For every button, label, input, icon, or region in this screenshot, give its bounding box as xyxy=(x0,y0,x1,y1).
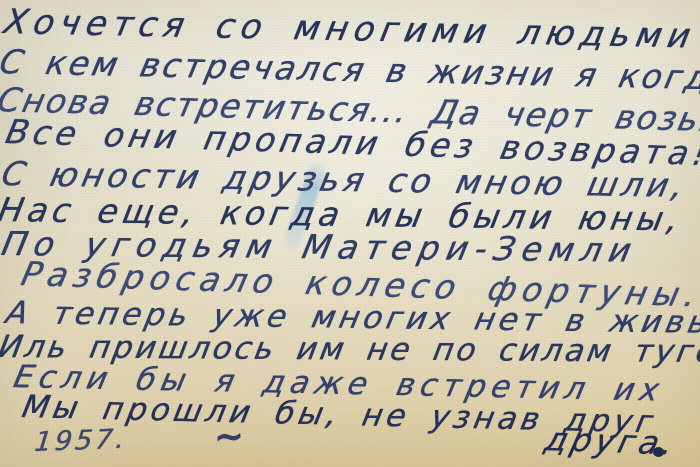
manuscript-paper: Хочется со многими людьми С кем встречал… xyxy=(0,0,700,467)
ink-blot xyxy=(653,447,664,457)
date-label: 1957. xyxy=(33,425,129,458)
flourish-mark: ~ xyxy=(213,417,245,458)
